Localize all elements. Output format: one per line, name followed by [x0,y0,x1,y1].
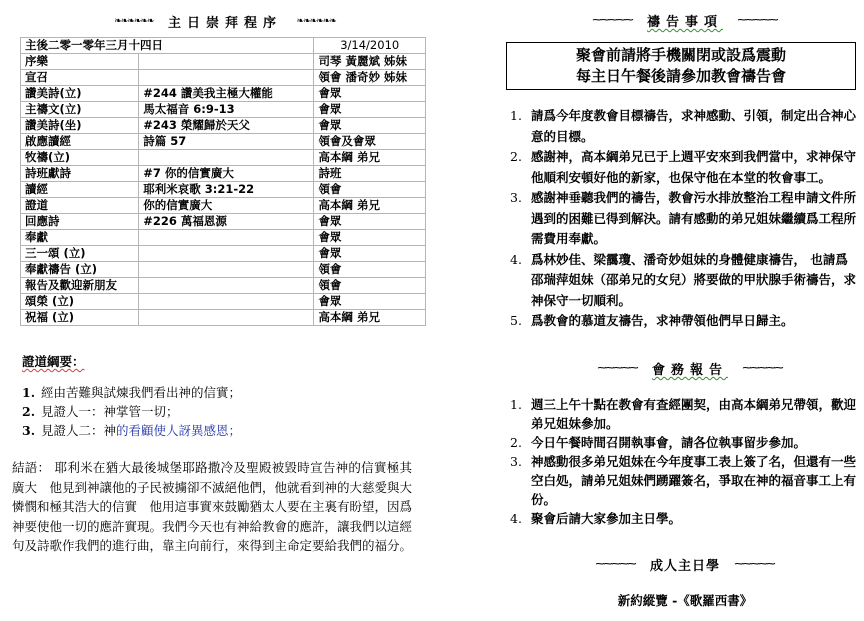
service-date: 3/14/2010 [314,38,426,54]
prayer-item: 1.請爲今年度教會目標禱告，求神感動、引領，制定出合神心意的目標。 [510,106,856,147]
service-table-row: 啟應讀經詩篇 57領會及會眾 [21,134,426,150]
service-item-cell: 讚美詩(立) [21,86,139,102]
service-item-cell: 三一頌 (立) [21,246,139,262]
prayer-item: 2.感謝神，高本綱弟兄已于上週平安來到我們當中，求神保守他順利安頓好他的新家，也… [510,147,856,188]
outline-item-number: 3. [22,421,41,440]
service-table-row: 讚美詩(立)#244 讚美我主極大權能會眾 [21,86,426,102]
prayer-item-number: 2. [510,147,531,188]
affairs-item-text: 神感動很多弟兄姐妹在今年度事工表上簽了名，但還有一些空白処，請弟兄姐妹們踴躍簽名… [531,452,856,509]
service-item-cell: 啟應讀經 [21,134,139,150]
prayer-item-number: 1. [510,106,531,147]
service-person-cell: 司琴 黃麗斌 姊妹 [314,54,426,70]
affairs-item: 4.聚會后請大家參加主日學。 [510,509,856,528]
service-item-cell: 報告及歡迎新朋友 [21,278,139,294]
service-table-row: 序樂司琴 黃麗斌 姊妹 [21,54,426,70]
affairs-item-number: 4. [510,509,531,528]
sunday-school-topic: 新約縱覽 -《歌羅西書》 [560,591,810,609]
service-person-cell: 高本綱 弟兄 [314,310,426,326]
service-content-cell [139,150,314,166]
service-item-cell: 奉獻禱告 (立) [21,262,139,278]
prayer-item-number: 3. [510,188,531,250]
service-person-cell: 領會 [314,278,426,294]
service-person-cell: 高本綱 弟兄 [314,198,426,214]
affairs-title-text: 會務報告 [652,363,728,378]
service-title-text: 主日崇拜程序 [168,16,282,31]
service-content-cell [139,262,314,278]
service-person-cell: 會眾 [314,86,426,102]
service-content-cell [139,230,314,246]
ornament-right-icon: ❧❧❧❧❧❧ [297,17,336,27]
affairs-item-number: 2. [510,433,531,452]
service-person-cell: 會眾 [314,102,426,118]
service-content-cell [139,294,314,310]
affairs-item: 1.週三上午十點在教會有查經團契，由高本綱弟兄帶領，歡迎弟兄姐妹參加。 [510,395,856,433]
sermon-conclusion-paragraph: 結語： 耶利米在猶大最後城堡耶路撒冷及聖殿被毀時宣告神的信實極其廣大 他見到神讓… [12,458,412,556]
service-section-title: ❧❧❧❧❧❧ 主日崇拜程序 ❧❧❧❧❧❧ [60,12,390,31]
prayer-item-number: 4. [510,250,531,312]
service-content-cell [139,246,314,262]
service-content-cell: 馬太福音 6:9-13 [139,102,314,118]
outline-item-text: 見證人一：神掌管一切； [41,404,179,419]
service-table-row: 奉獻會眾 [21,230,426,246]
affairs-item-text: 週三上午十點在教會有查經團契，由高本綱弟兄帶領，歡迎弟兄姐妹參加。 [531,395,856,433]
outline-item: 1.經由苦難與試煉我們看出神的信實； [22,383,241,402]
affairs-items-list: 1.週三上午十點在教會有查經團契，由高本綱弟兄帶領，歡迎弟兄姐妹參加。2.今日午… [510,395,856,528]
service-content-cell [139,54,314,70]
service-person-cell: 詩班 [314,166,426,182]
prayer-items-list: 1.請爲今年度教會目標禱告，求神感動、引領，制定出合神心意的目標。2.感謝神，高… [510,106,856,332]
outline-item: 3.見證人二：神的看顧使人訝異感恩； [22,421,241,440]
service-table-row: 牧禱(立)高本綱 弟兄 [21,150,426,166]
outline-item-number: 2. [22,402,41,421]
service-person-cell: 會眾 [314,230,426,246]
service-person-cell: 會眾 [314,118,426,134]
ornament-left-icon: ⁓⁓⁓⁓⁓ [595,560,635,570]
notice-line-1: 聚會前請將手機關閉或設爲震動 [507,45,855,66]
service-person-cell: 領會 [314,182,426,198]
service-table-row: 祝福 (立)高本綱 弟兄 [21,310,426,326]
sermon-outline-title: 證道綱要： [22,352,85,370]
service-item-cell: 證道 [21,198,139,214]
outline-item-number: 1. [22,383,41,402]
service-person-cell: 領會 潘奇妙 姊妹 [314,70,426,86]
ornament-left-icon: ⁓⁓⁓⁓⁓ [597,364,637,374]
prayer-item: 5.爲教會的慕道友禱告，求神帶領他們早日歸主。 [510,311,856,332]
prayer-item-text: 請爲今年度教會目標禱告，求神感動、引領，制定出合神心意的目標。 [531,106,856,147]
affairs-section-title: ⁓⁓⁓⁓⁓ 會務報告 ⁓⁓⁓⁓⁓ [545,359,835,378]
service-person-cell: 領會 [314,262,426,278]
service-person-cell: 領會及會眾 [314,134,426,150]
affairs-item: 3.神感動很多弟兄姐妹在今年度事工表上簽了名，但還有一些空白処，請弟兄姐妹們踴躍… [510,452,856,509]
affairs-item-text: 聚會后請大家參加主日學。 [531,509,856,528]
prayer-item-text: 爲林妙佳、梁靄瓊、潘奇妙姐妹的身體健康禱告， 也請爲邵瑞萍姐妹（邵弟兄的女兒）將… [531,250,856,312]
service-content-cell: #7 你的信實廣大 [139,166,314,182]
prayer-item-text: 爲教會的慕道友禱告，求神帶領他們早日歸主。 [531,311,856,332]
service-table-row: 證道你的信實廣大高本綱 弟兄 [21,198,426,214]
ornament-left-icon: ❧❧❧❧❧❧ [114,17,153,27]
service-table-row: 宣召領會 潘奇妙 姊妹 [21,70,426,86]
outline-item-text: 見證人二：神 [41,423,116,438]
service-content-cell [139,70,314,86]
service-order-table: 主後二零一零年三月十四日 3/14/2010 序樂司琴 黃麗斌 姊妹宣召領會 潘… [20,37,426,326]
service-person-cell: 會眾 [314,246,426,262]
service-item-cell: 奉獻 [21,230,139,246]
service-table-row: 奉獻禱告 (立)領會 [21,262,426,278]
service-item-cell: 讚美詩(坐) [21,118,139,134]
notice-line-2: 每主日午餐後請參加教會禱告會 [507,66,855,87]
service-content-cell: 你的信實廣大 [139,198,314,214]
sermon-outline-list: 1.經由苦難與試煉我們看出神的信實；2.見證人一：神掌管一切；3.見證人二：神的… [22,383,241,440]
prayer-title-text: 禱告事項 [647,15,723,30]
prayer-item: 4.爲林妙佳、梁靄瓊、潘奇妙姐妹的身體健康禱告， 也請爲邵瑞萍姐妹（邵弟兄的女兒… [510,250,856,312]
outline-item: 2.見證人一：神掌管一切； [22,402,241,421]
service-table-row: 主禱文(立)馬太福音 6:9-13會眾 [21,102,426,118]
service-person-cell: 會眾 [314,294,426,310]
service-table-row: 報告及歡迎新朋友領會 [21,278,426,294]
service-table-row: 頌榮 (立)會眾 [21,294,426,310]
service-item-cell: 詩班獻詩 [21,166,139,182]
service-item-cell: 序樂 [21,54,139,70]
service-content-cell: #244 讚美我主極大權能 [139,86,314,102]
service-table-row: 讀經耶利米哀歌 3:21-22領會 [21,182,426,198]
service-table-row: 三一頌 (立)會眾 [21,246,426,262]
service-content-cell: 詩篇 57 [139,134,314,150]
service-item-cell: 讀經 [21,182,139,198]
service-item-cell: 頌榮 (立) [21,294,139,310]
ornament-left-icon: ⁓⁓⁓⁓⁓ [592,16,632,26]
affairs-item: 2.今日午餐時間召開執事會，請各位執事留步參加。 [510,433,856,452]
service-table-row: 讚美詩(坐)#243 榮耀歸於天父會眾 [21,118,426,134]
service-person-cell: 會眾 [314,214,426,230]
service-item-cell: 回應詩 [21,214,139,230]
ornament-right-icon: ⁓⁓⁓⁓⁓ [738,16,778,26]
prayer-item: 3.感謝神垂聽我們的禱告，教會污水排放整治工程申請文件所遇到的困難已得到解決。請… [510,188,856,250]
service-item-cell: 牧禱(立) [21,150,139,166]
service-item-cell: 宣召 [21,70,139,86]
ornament-right-icon: ⁓⁓⁓⁓⁓ [735,560,775,570]
affairs-item-number: 3. [510,452,531,509]
service-item-cell: 主禱文(立) [21,102,139,118]
sunday-school-title: ⁓⁓⁓⁓⁓ 成人主日學 ⁓⁓⁓⁓⁓ [555,555,815,574]
notice-box: 聚會前請將手機關閉或設爲震動 每主日午餐後請參加教會禱告會 [506,42,856,90]
service-content-cell: #226 萬福恩源 [139,214,314,230]
service-content-cell [139,310,314,326]
prayer-item-text: 感謝神，高本綱弟兄已于上週平安來到我們當中，求神保守他順利安頓好他的新家，也保守… [531,147,856,188]
prayer-item-number: 5. [510,311,531,332]
affairs-item-number: 1. [510,395,531,433]
service-person-cell: 高本綱 弟兄 [314,150,426,166]
service-table-row: 回應詩#226 萬福恩源會眾 [21,214,426,230]
service-content-cell: #243 榮耀歸於天父 [139,118,314,134]
service-content-cell: 耶利米哀歌 3:21-22 [139,182,314,198]
service-content-cell [139,278,314,294]
service-item-cell: 祝福 (立) [21,310,139,326]
service-table-header-row: 主後二零一零年三月十四日 3/14/2010 [21,38,426,54]
sunday-school-title-text: 成人主日學 [650,559,720,574]
service-table-row: 詩班獻詩#7 你的信實廣大詩班 [21,166,426,182]
ornament-right-icon: ⁓⁓⁓⁓⁓ [743,364,783,374]
outline-item-highlight: 的看顧使人訝異感恩； [116,423,241,438]
affairs-item-text: 今日午餐時間召開執事會，請各位執事留步參加。 [531,433,856,452]
service-date-cn: 主後二零一零年三月十四日 [21,38,314,54]
prayer-section-title: ⁓⁓⁓⁓⁓ 禱告事項 ⁓⁓⁓⁓⁓ [540,11,830,30]
prayer-item-text: 感謝神垂聽我們的禱告，教會污水排放整治工程申請文件所遇到的困難已得到解決。請有感… [531,188,856,250]
outline-item-text: 經由苦難與試煉我們看出神的信實； [41,385,241,400]
